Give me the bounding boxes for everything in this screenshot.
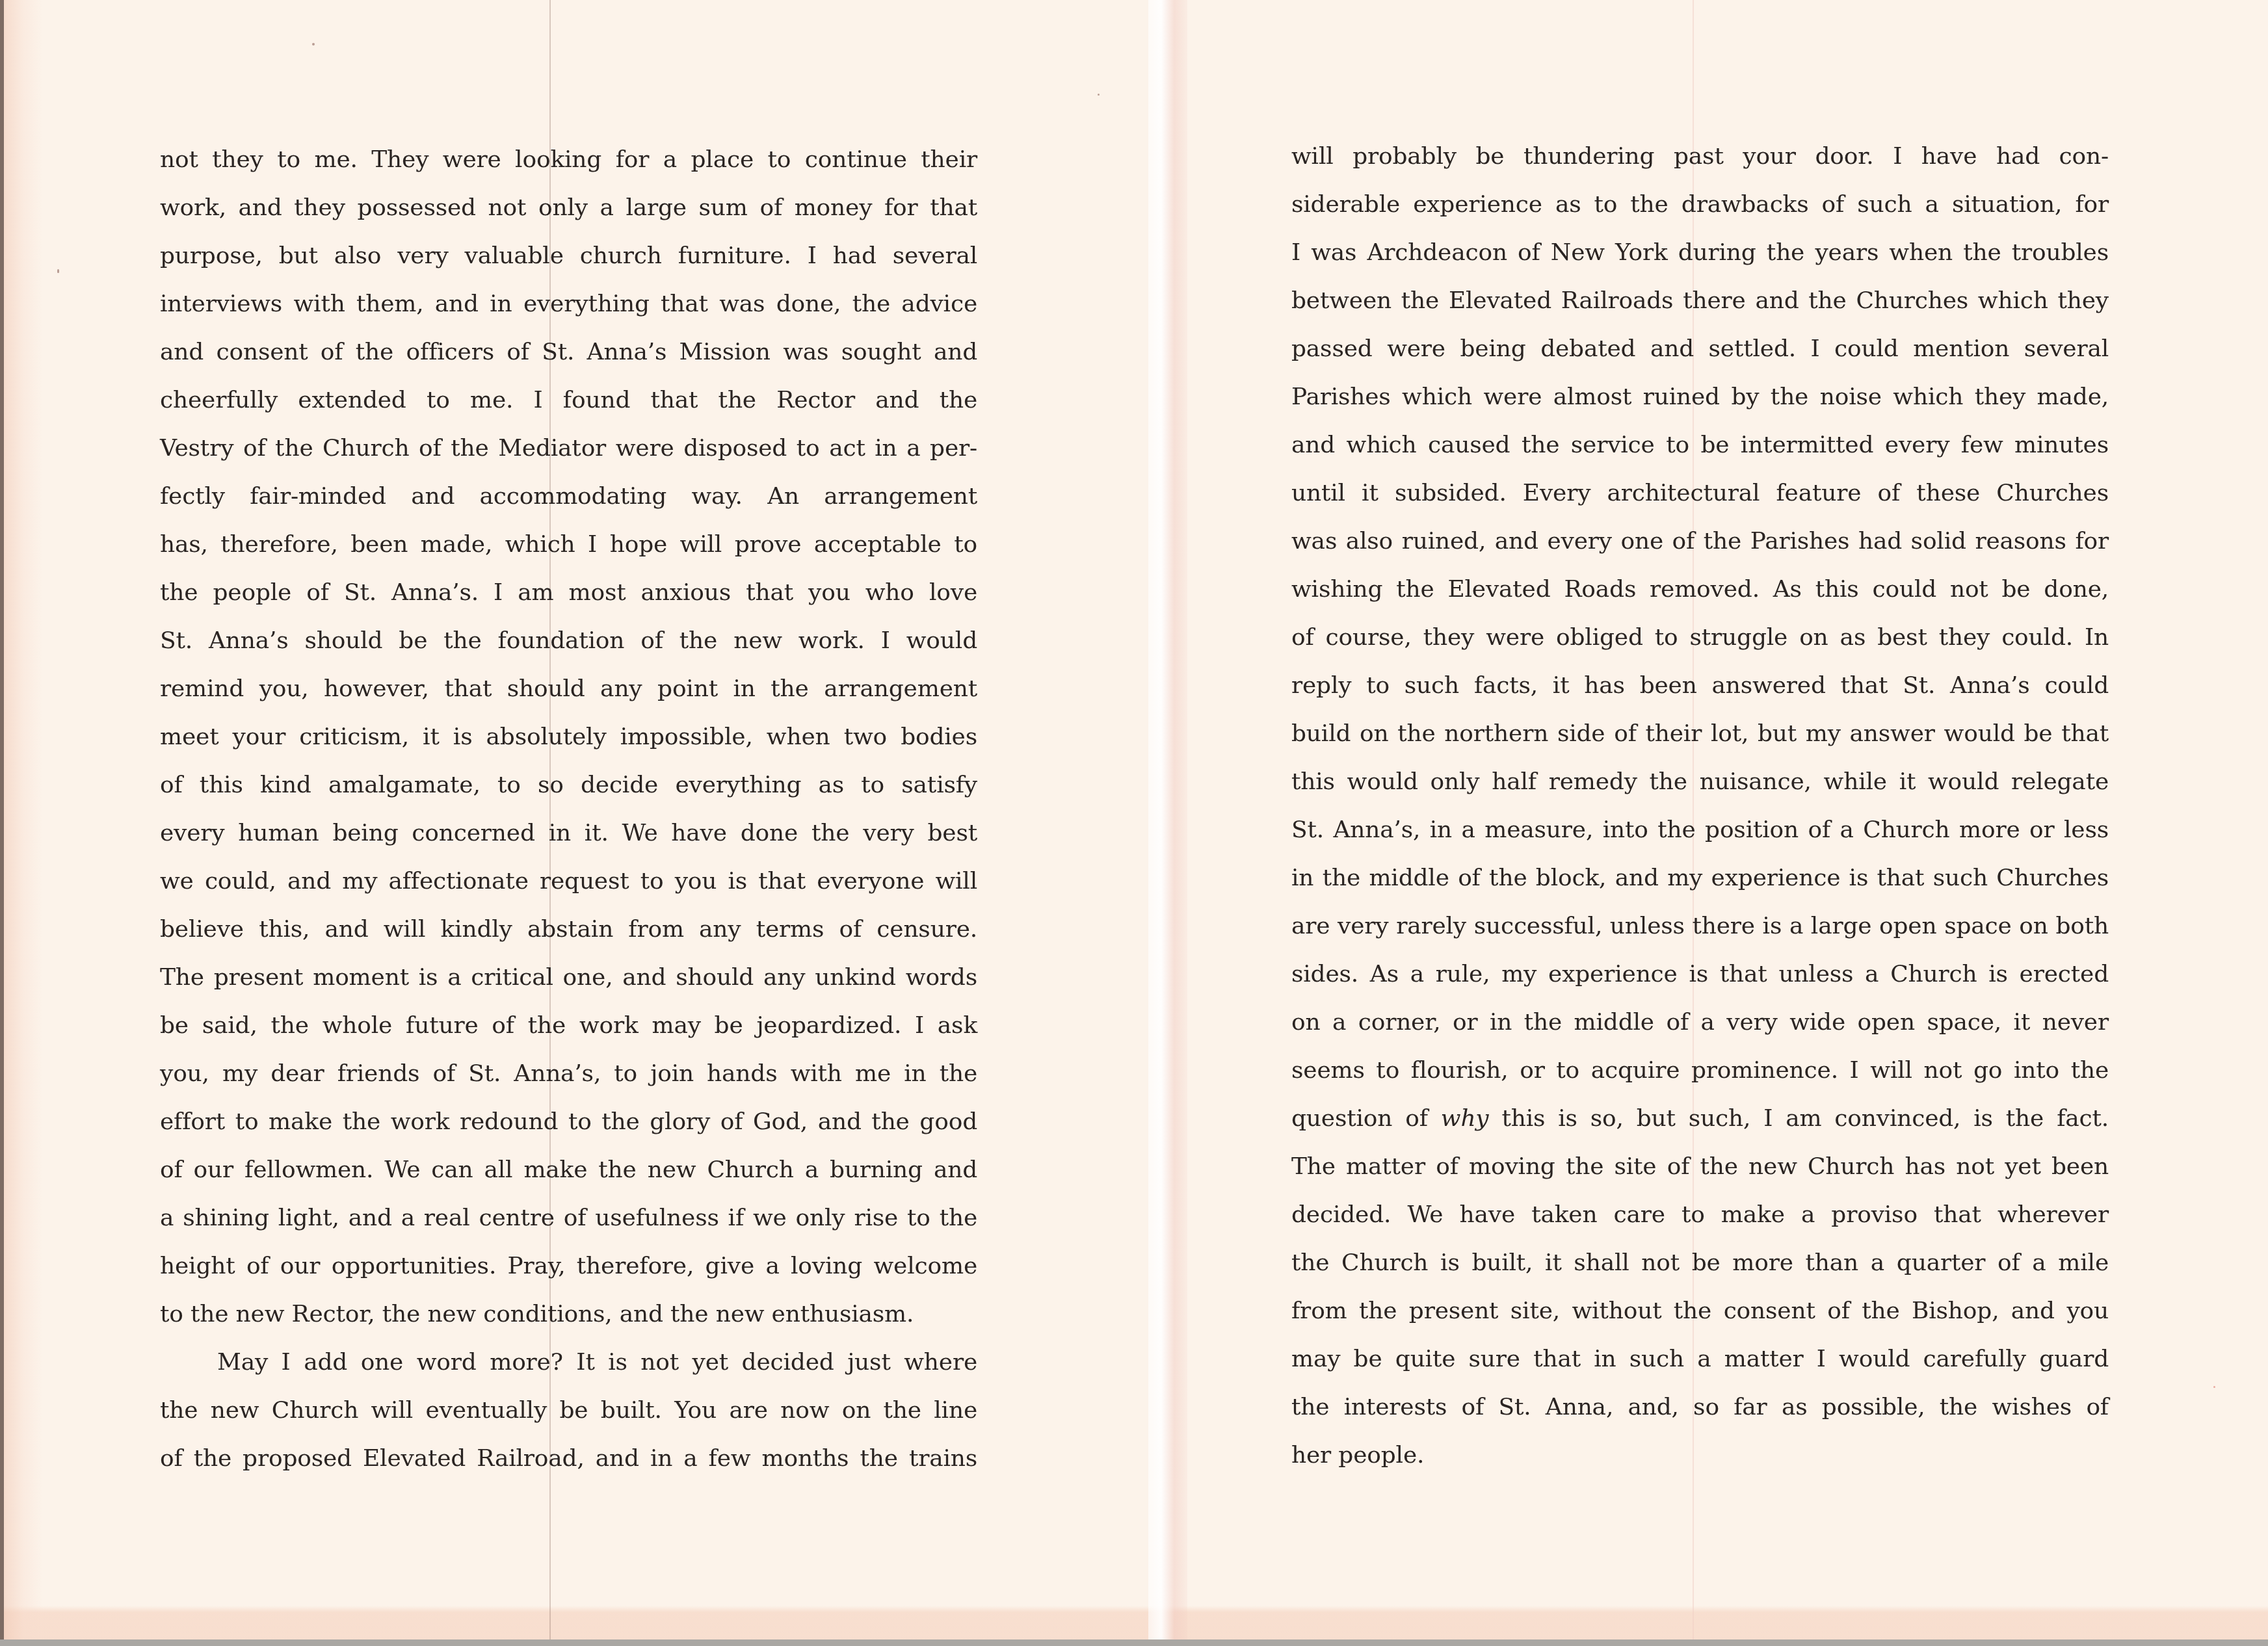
text-line: meet your criticism, it is absolutely im…: [160, 713, 977, 761]
text-line: and which caused the service to be inter…: [1291, 421, 2109, 469]
text-line: the people of St. Anna’s. I am most anxi…: [160, 569, 977, 617]
text-line: every human being concerned in it. We ha…: [160, 809, 977, 857]
text-line: interviews with them, and in everything …: [160, 280, 977, 328]
text-line: of course, they were obliged to struggle…: [1291, 614, 2109, 662]
document-sheet: not they to me. They were looking for a …: [4, 0, 2268, 1639]
text-line: believe this, and will kindly abstain fr…: [160, 906, 977, 954]
center-gutter: [1148, 0, 1187, 1639]
text-line: of our fellowmen. We can all make the ne…: [160, 1146, 977, 1194]
text-line: this would only half remedy the nuisance…: [1291, 758, 2109, 806]
text-line: St. Anna’s should be the foundation of t…: [160, 617, 977, 665]
text-line: I was Archdeacon of New York during the …: [1291, 229, 2109, 277]
text-line: of the proposed Elevated Railroad, and i…: [160, 1435, 977, 1483]
text-line: the new Church will eventually be built.…: [160, 1387, 977, 1435]
text-line: wishing the Elevated Roads removed. As t…: [1291, 566, 2109, 614]
text-line: passed were being debated and settled. I…: [1291, 325, 2109, 373]
text-line: may be quite sure that in such a matter …: [1291, 1335, 2109, 1383]
text-line: Parishes which were almost ruined by the…: [1291, 373, 2109, 421]
paragraph-end-line: her people.: [1291, 1431, 2109, 1480]
text-line: build on the northern side of their lot,…: [1291, 710, 2109, 758]
paper-speck: [2213, 1386, 2215, 1388]
text-line: from the present site, without the conse…: [1291, 1287, 2109, 1335]
text-line: a shining light, and a real centre of us…: [160, 1194, 977, 1242]
paragraph-end-line: to the new Rector, the new conditions, a…: [160, 1290, 977, 1339]
text-line: fectly fair-minded and accommodating way…: [160, 473, 977, 521]
text-line: decided. We have taken care to make a pr…: [1291, 1191, 2109, 1239]
text-line: purpose, but also very valuable church f…: [160, 232, 977, 280]
text-line: on a corner, or in the middle of a very …: [1291, 999, 2109, 1047]
text-line: in the middle of the block, and my exper…: [1291, 854, 2109, 902]
left-page-text: not they to me. They were looking for a …: [160, 136, 977, 1483]
text-line: the Church is built, it shall not be mor…: [1291, 1239, 2109, 1287]
text-line: sides. As a rule, my experience is that …: [1291, 950, 2109, 999]
text-line: until it subsided. Every architectural f…: [1291, 469, 2109, 517]
text-line: The present moment is a critical one, an…: [160, 954, 977, 1002]
text-line: height of our opportunities. Pray, there…: [160, 1242, 977, 1290]
paper-speck: [312, 43, 315, 46]
text-fragment: this is so, but such, I am convinced, is…: [1489, 1105, 2109, 1132]
text-line: between the Elevated Railroads there and…: [1291, 277, 2109, 325]
text-line: cheerfully extended to me. I found that …: [160, 376, 977, 425]
text-line: you, my dear friends of St. Anna’s, to j…: [160, 1050, 977, 1098]
text-line: The matter of moving the site of the new…: [1291, 1143, 2109, 1191]
text-line: and consent of the officers of St. Anna’…: [160, 328, 977, 376]
text-line: was also ruined, and every one of the Pa…: [1291, 517, 2109, 566]
text-line: work, and they possessed not only a larg…: [160, 184, 977, 232]
text-line: siderable experience as to the drawbacks…: [1291, 181, 2109, 229]
scan-bottom-edge: [0, 1639, 2268, 1646]
text-line: the interests of St. Anna, and, so far a…: [1291, 1383, 2109, 1431]
italic-emphasis: why: [1441, 1105, 1489, 1132]
text-line: of this kind amalgamate, to so decide ev…: [160, 761, 977, 809]
text-line: we could, and my affectionate request to…: [160, 857, 977, 906]
text-line: remind you, however, that should any poi…: [160, 665, 977, 713]
paragraph-start-line: May I add one word more? It is not yet d…: [160, 1339, 977, 1387]
text-line: St. Anna’s, in a measure, into the posit…: [1291, 806, 2109, 854]
text-fragment: question of: [1291, 1105, 1441, 1132]
text-line: will probably be thundering past your do…: [1291, 133, 2109, 181]
text-line: has, therefore, been made, which I hope …: [160, 521, 977, 569]
text-line: effort to make the work redound to the g…: [160, 1098, 977, 1146]
text-line: are very rarely successful, unless there…: [1291, 902, 2109, 950]
right-page-text: will probably be thundering past your do…: [1291, 133, 2109, 1480]
text-line: Vestry of the Church of the Mediator wer…: [160, 425, 977, 473]
text-line-with-italic: question of why this is so, but such, I …: [1291, 1095, 2109, 1143]
text-line: be said, the whole future of the work ma…: [160, 1002, 977, 1050]
paper-speck: [1098, 94, 1100, 96]
paper-speck: [57, 269, 59, 273]
text-line: seems to flourish, or to acquire promine…: [1291, 1047, 2109, 1095]
text-line: not they to me. They were looking for a …: [160, 136, 977, 184]
text-line: reply to such facts, it has been answere…: [1291, 662, 2109, 710]
